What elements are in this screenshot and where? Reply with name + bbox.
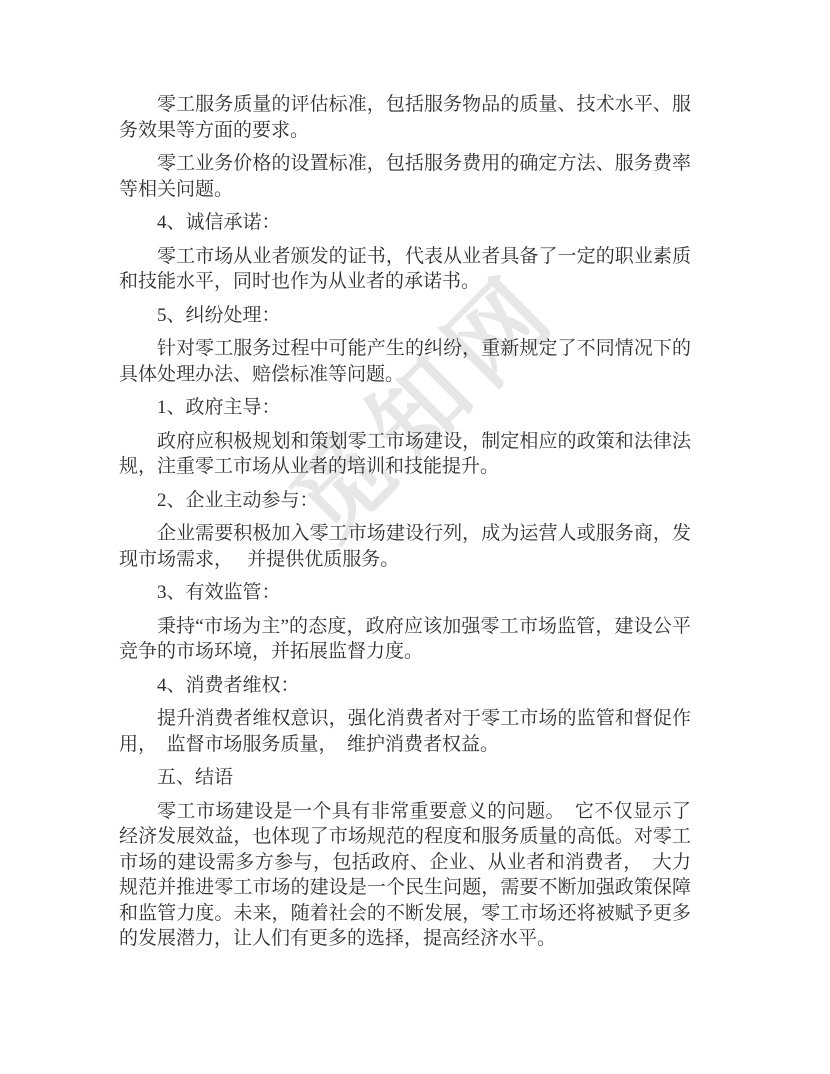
body-paragraph: 针对零工服务过程中可能产生的纠纷，重新规定了不同情况下的具体处理办法、赔偿标准等…: [119, 336, 691, 387]
list-heading: 3、有效监管：: [119, 580, 691, 606]
list-heading: 5、纠纷处理：: [119, 303, 691, 329]
body-paragraph: 秉持“市场为主”的态度，政府应该加强零工市场监管，建设公平竞争的市场环境，并拓展…: [119, 614, 691, 665]
body-paragraph: 政府应积极规划和策划零工市场建设，制定相应的政策和法律法规，注重零工市场从业者的…: [119, 429, 691, 480]
list-heading: 4、消费者维权：: [119, 673, 691, 699]
body-paragraph: 零工服务质量的评估标准，包括服务物品的质量、技术水平、服务效果等方面的要求。: [119, 92, 691, 143]
body-paragraph: 零工业务价格的设置标准，包括服务费用的确定方法、服务费率等相关问题。: [119, 151, 691, 202]
section-heading: 五、结语: [119, 765, 691, 791]
list-heading: 1、政府主导：: [119, 395, 691, 421]
body-paragraph: 提升消费者维权意识，强化消费者对于零工市场的监管和督促作用， 监督市场服务质量，…: [119, 706, 691, 757]
list-heading: 4、诚信承诺：: [119, 210, 691, 236]
list-heading: 2、企业主动参与：: [119, 488, 691, 514]
body-paragraph: 零工市场从业者颁发的证书，代表从业者具备了一定的职业素质和技能水平，同时也作为从…: [119, 244, 691, 295]
body-paragraph: 企业需要积极加入零工市场建设行列，成为运营人或服务商，发现市场需求， 并提供优质…: [119, 521, 691, 572]
document-content: 零工服务质量的评估标准，包括服务物品的质量、技术水平、服务效果等方面的要求。 零…: [119, 92, 691, 952]
document-page: 觅知网 零工服务质量的评估标准，包括服务物品的质量、技术水平、服务效果等方面的要…: [0, 0, 830, 1074]
body-paragraph: 零工市场建设是一个具有非常重要意义的问题。 它不仅显示了经济发展效益，也体现了市…: [119, 799, 691, 952]
